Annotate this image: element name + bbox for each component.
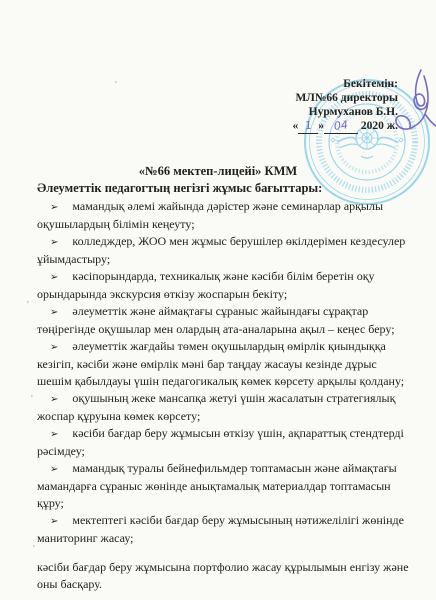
arrow-bullet-icon: ➢ xyxy=(50,342,58,353)
handwritten-month: 04 xyxy=(333,120,348,132)
bullet-text: кәсіби бағдар беру жұмысын өткізу үшін, … xyxy=(37,426,404,458)
bullet-text: колледждер, ЖОО мен жұмыс берушілер өкіл… xyxy=(37,234,405,266)
bullet-item: ➢мамандық әлемі жайында дәрістер және се… xyxy=(37,198,410,233)
document-title: «№66 мектеп-лицейі» КММ xyxy=(0,164,436,179)
bullet-text: мамандық әлемі жайында дәрістер және сем… xyxy=(37,199,383,231)
approval-line: Нурмуханов Б.Н. xyxy=(293,105,398,119)
closing-paragraph: кәсіби бағдар беру жұмысына портфолио жа… xyxy=(37,559,410,593)
scanned-document-page: Бекітемін: МЛ№66 директоры Нурмуханов Б.… xyxy=(0,0,436,600)
approval-line: Бекітемін: xyxy=(293,77,398,91)
approval-date-line: «1»04 2020 ж. xyxy=(293,119,398,134)
arrow-bullet-icon: ➢ xyxy=(50,272,58,283)
arrow-bullet-icon: ➢ xyxy=(50,394,58,405)
bullet-item: ➢әлеуметтік жағдайы төмен оқушылардың өм… xyxy=(37,338,410,390)
bullet-text: кәсіпорындарда, техникалық және кәсіби б… xyxy=(37,269,375,301)
handwritten-day: 1 xyxy=(304,121,312,132)
scan-artifact: ' xyxy=(27,300,29,311)
scan-artifact: ' xyxy=(33,544,35,555)
bullet-text: мамандық туралы бейнефильмдер топтамасын… xyxy=(37,461,397,510)
bullet-item: ➢кәсіпорындарда, техникалық және кәсіби … xyxy=(37,268,410,303)
bullet-item: ➢мектептегі кәсіби бағдар беру жұмысының… xyxy=(37,512,410,547)
bullet-item: ➢оқушының жеке мансапқа жетуі үшін жасал… xyxy=(37,390,410,425)
scan-artifact: ' xyxy=(31,394,33,405)
document-subtitle: Әлеуметтік педагогтың негізгі жұмыс бағы… xyxy=(37,181,322,196)
bullet-item: ➢әлеуметтік және аймақтағы сұраныс жайын… xyxy=(37,303,410,338)
year-text: 2020 ж. xyxy=(361,120,398,132)
approval-line: МЛ№66 директоры xyxy=(293,91,398,105)
bullet-text: әлеуметтік жағдайы төмен оқушылардың өмі… xyxy=(37,339,404,388)
arrow-bullet-icon: ➢ xyxy=(50,202,58,213)
arrow-bullet-icon: ➢ xyxy=(50,429,58,440)
arrow-bullet-icon: ➢ xyxy=(50,516,58,527)
month-blank: 04 xyxy=(324,121,358,134)
arrow-bullet-icon: ➢ xyxy=(50,307,58,318)
bullet-text: оқушының жеке мансапқа жетуі үшін жасала… xyxy=(37,391,395,423)
document-body: ➢мамандық әлемі жайында дәрістер және се… xyxy=(37,198,410,593)
arrow-bullet-icon: ➢ xyxy=(50,237,58,248)
day-blank: 1 xyxy=(298,121,318,134)
bullet-item: ➢колледждер, ЖОО мен жұмыс берушілер өкі… xyxy=(37,233,410,268)
bullet-text: мектептегі кәсіби бағдар беру жұмысының … xyxy=(37,513,404,545)
scan-artifact: ' xyxy=(115,80,117,91)
bullet-item: ➢кәсіби бағдар беру жұмысын өткізу үшін,… xyxy=(37,425,410,460)
bullet-item: ➢мамандық туралы бейнефильмдер топтамасы… xyxy=(37,460,410,512)
bullet-text: әлеуметтік және аймақтағы сұраныс жайынд… xyxy=(37,304,395,336)
arrow-bullet-icon: ➢ xyxy=(50,464,58,475)
approval-block: Бекітемін: МЛ№66 директоры Нурмуханов Б.… xyxy=(293,77,398,134)
